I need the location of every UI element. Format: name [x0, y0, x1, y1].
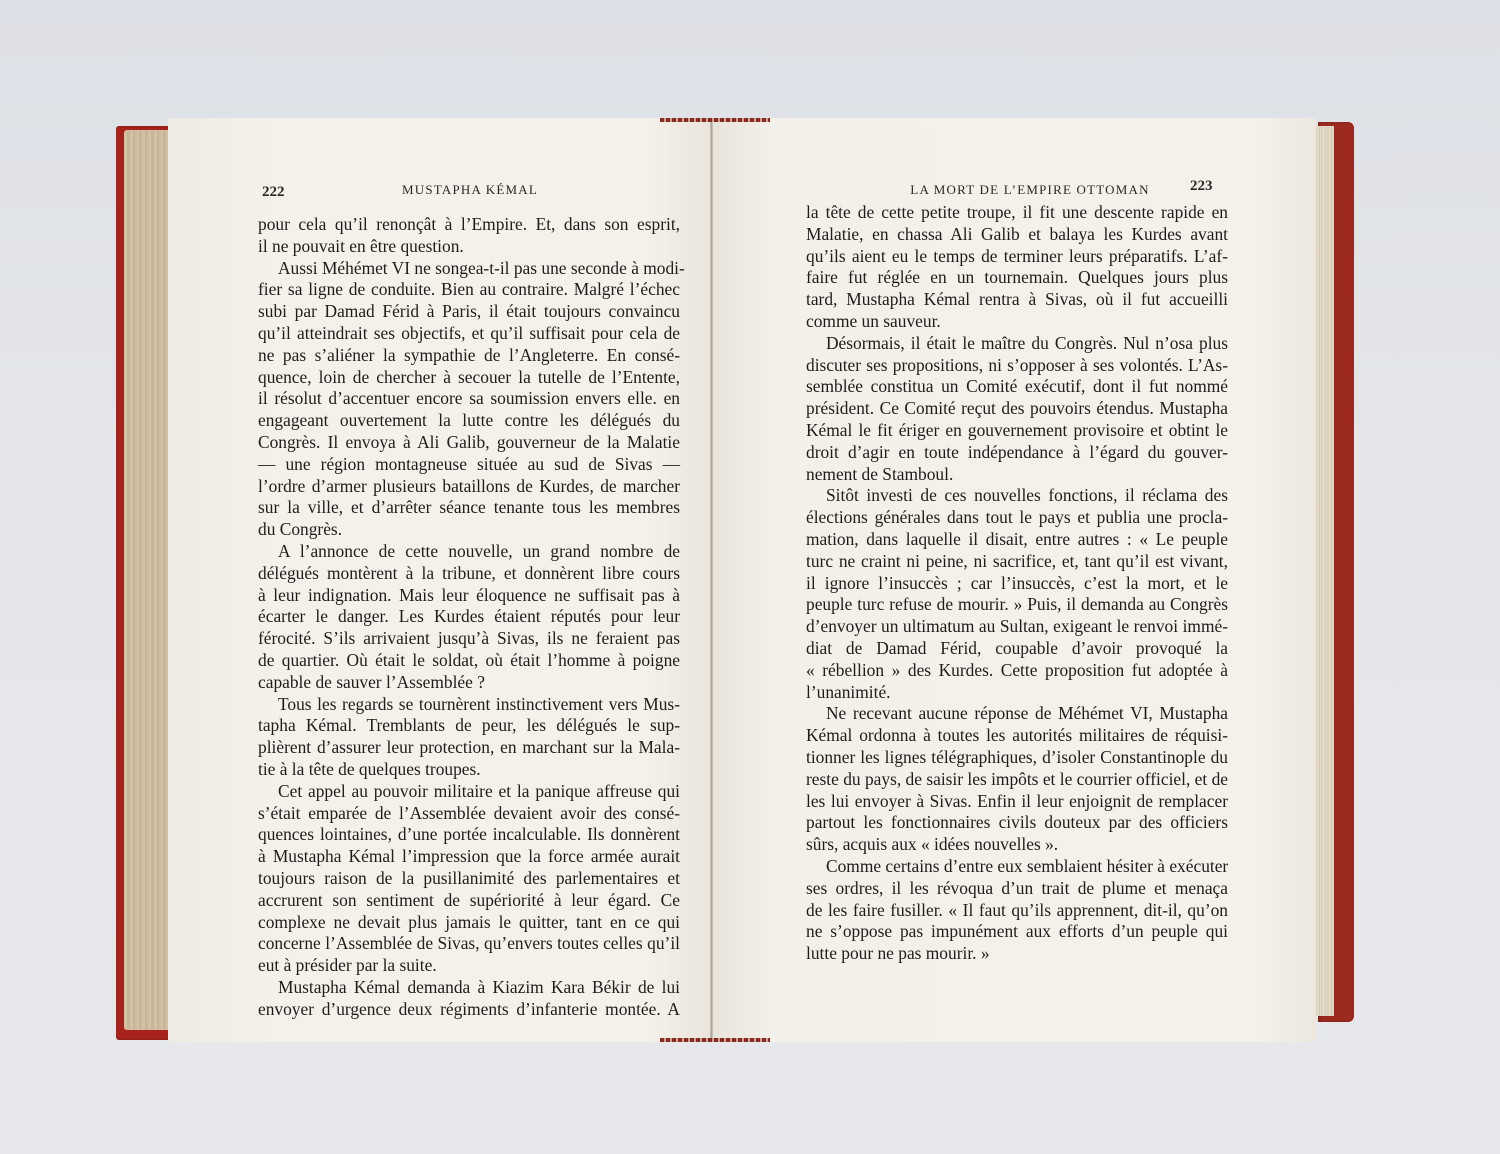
text-line: fier sa ligne de conduite. Bien au contr…	[258, 279, 680, 301]
text-line: tard, Mustapha Kémal rentra à Sivas, où …	[806, 289, 1228, 311]
book-gutter	[710, 118, 713, 1042]
text-line: de quartier. Où était le soldat, où étai…	[258, 650, 680, 672]
text-line: mation, dans laquelle il disait, entre a…	[806, 529, 1228, 551]
text-line: les lui envoyer à Sivas. Enfin il leur e…	[806, 791, 1228, 813]
text-line: il ignore l’insuccès ; car l’insuccès, c…	[806, 573, 1228, 595]
text-line: tionner les lignes télégraphiques, d’iso…	[806, 747, 1228, 769]
text-line: toujours raison de la pusillanimité des …	[258, 868, 680, 890]
text-line: Désormais, il était le maître du Congrès…	[806, 333, 1228, 355]
page-number-right: 223	[1190, 178, 1213, 195]
text-line: envoyer d’urgence deux régiments d’infan…	[258, 999, 680, 1021]
text-line: Cet appel au pouvoir militaire et la pan…	[258, 781, 680, 803]
running-head-left: MUSTAPHA KÉMAL	[370, 182, 570, 204]
text-line: subi par Damad Férid à Paris, il était t…	[258, 301, 680, 323]
text-line: diat de Damad Férid, coupable d’avoir pr…	[806, 638, 1228, 660]
text-line: lutte pour ne pas mourir. »	[806, 943, 1228, 965]
paragraph: Sitôt investi de ces nouvelles fonctions…	[806, 485, 1228, 703]
text-line: concerne l’Assemblée de Sivas, qu’envers…	[258, 933, 680, 955]
text-line: ses ordres, il les révoqua d’un trait de…	[806, 878, 1228, 900]
text-line: quence, loin de chercher à secouer la tu…	[258, 367, 680, 389]
text-line: « rébellion » des Kurdes. Cette proposit…	[806, 660, 1228, 682]
text-line: qu’il atteindrait ses objectifs, et qu’i…	[258, 323, 680, 345]
text-line: élections générales dans tout le pays et…	[806, 507, 1228, 529]
running-head-right: LA MORT DE L’EMPIRE OTTOMAN	[900, 182, 1160, 204]
text-line: Tous les regards se tournèrent instincti…	[258, 694, 680, 716]
text-line: s’était emparée de l’Assemblée devaient …	[258, 803, 680, 825]
paragraph: A l’annonce de cette nouvelle, un grand …	[258, 541, 680, 694]
text-line: reste du pays, de saisir les impôts et l…	[806, 769, 1228, 791]
page-stack-left	[124, 130, 172, 1030]
text-line: Aussi Méhémet VI ne songea-t-il pas une …	[258, 258, 680, 280]
text-line: accrurent son sentiment de supériorité à…	[258, 890, 680, 912]
text-line: quences lointaines, d’une portée incalcu…	[258, 824, 680, 846]
text-line: A l’annonce de cette nouvelle, un grand …	[258, 541, 680, 563]
text-line: il ne pouvait en être question.	[258, 236, 680, 258]
text-line: d’envoyer un ultimatum au Sultan, exigea…	[806, 616, 1228, 638]
text-line: ne pas s’aliéner la sympathie de l’Angle…	[258, 345, 680, 367]
right-page-text: la tête de cette petite troupe, il fit u…	[806, 202, 1228, 965]
text-line: comme un sauveur.	[806, 311, 1228, 333]
text-line: nement de Stamboul.	[806, 464, 1228, 486]
text-line: écarter le danger. Les Kurdes étaient ré…	[258, 606, 680, 628]
footband	[660, 1038, 770, 1042]
text-line: Ne recevant aucune réponse de Méhémet VI…	[806, 703, 1228, 725]
paragraph: Mustapha Kémal demanda à Kiazim Kara Bék…	[258, 977, 680, 1021]
text-line: discuter ses propositions, ni s’opposer …	[806, 355, 1228, 377]
text-line: délégués montèrent à la tribune, et donn…	[258, 563, 680, 585]
text-line: plièrent d’assurer leur protection, en m…	[258, 737, 680, 759]
paragraph: Aussi Méhémet VI ne songea-t-il pas une …	[258, 258, 680, 541]
page-number-left: 222	[262, 184, 285, 201]
text-line: engageant ouvertement la lutte contre le…	[258, 410, 680, 432]
text-line: Malatie, en chassa Ali Galib et balaya l…	[806, 224, 1228, 246]
paragraph: Désormais, il était le maître du Congrès…	[806, 333, 1228, 486]
paragraph: Comme certains d’entre eux semblaient hé…	[806, 856, 1228, 965]
text-line: ne s’oppose pas impunément aux efforts d…	[806, 921, 1228, 943]
text-line: Kémal le fit ériger en gouvernement prov…	[806, 420, 1228, 442]
paragraph: Ne recevant aucune réponse de Méhémet VI…	[806, 703, 1228, 856]
text-line: partout les fonctionnaires civils douteu…	[806, 812, 1228, 834]
text-line: président. Ce Comité reçut des pouvoirs …	[806, 398, 1228, 420]
text-line: droit d’agir en toute indépendance à l’é…	[806, 442, 1228, 464]
left-page-text: pour cela qu’il renonçât à l’Empire. Et,…	[258, 214, 680, 1020]
text-line: sûrs, acquis aux « idées nouvelles ».	[806, 834, 1228, 856]
text-line: capable de sauver l’Assemblée ?	[258, 672, 680, 694]
paragraph: la tête de cette petite troupe, il fit u…	[806, 202, 1228, 333]
paragraph: Cet appel au pouvoir militaire et la pan…	[258, 781, 680, 977]
text-line: Congrès. Il envoya à Ali Galib, gouverne…	[258, 432, 680, 454]
text-line: à leur indignation. Mais leur éloquence …	[258, 585, 680, 607]
text-line: peuple turc refuse de mourir. » Puis, il…	[806, 594, 1228, 616]
text-line: de les faire fusiller. « Il faut qu’ils …	[806, 900, 1228, 922]
text-line: du Congrès.	[258, 519, 680, 541]
text-line: turc ne craint ni peine, ni sacrifice, e…	[806, 551, 1228, 573]
text-line: l’ordre d’armer plusieurs bataillons de …	[258, 476, 680, 498]
text-line: faire fut réglée en un tournemain. Quelq…	[806, 267, 1228, 289]
text-line: à Mustapha Kémal l’impression que la for…	[258, 846, 680, 868]
text-line: l’unanimité.	[806, 682, 1228, 704]
open-book: 222 MUSTAPHA KÉMAL LA MORT DE L’EMPIRE O…	[0, 0, 1500, 1154]
text-line: Sitôt investi de ces nouvelles fonctions…	[806, 485, 1228, 507]
text-line: Mustapha Kémal demanda à Kiazim Kara Bék…	[258, 977, 680, 999]
headband	[660, 118, 770, 122]
text-line: la tête de cette petite troupe, il fit u…	[806, 202, 1228, 224]
text-line: eut à présider par la suite.	[258, 955, 680, 977]
text-line: qu’ils aient eu le temps de terminer leu…	[806, 246, 1228, 268]
text-line: — une région montagneuse située au sud d…	[258, 454, 680, 476]
text-line: tapha Kémal. Tremblants de peur, les dél…	[258, 715, 680, 737]
text-line: semblée constitua un Comité exécutif, do…	[806, 376, 1228, 398]
text-line: Kémal ordonna à toutes les autorités mil…	[806, 725, 1228, 747]
text-line: férocité. S’ils arrivaient jusqu’à Sivas…	[258, 628, 680, 650]
text-line: complexe ne devait plus jamais le quitte…	[258, 912, 680, 934]
paragraph: pour cela qu’il renonçât à l’Empire. Et,…	[258, 214, 680, 258]
text-line: pour cela qu’il renonçât à l’Empire. Et,…	[258, 214, 680, 236]
text-line: tie à la tête de quelques troupes.	[258, 759, 680, 781]
text-line: sur la ville, et d’arrêter séance tenant…	[258, 497, 680, 519]
paragraph: Tous les regards se tournèrent instincti…	[258, 694, 680, 781]
text-line: Comme certains d’entre eux semblaient hé…	[806, 856, 1228, 878]
text-line: il résolut d’accentuer encore sa soumiss…	[258, 388, 680, 410]
